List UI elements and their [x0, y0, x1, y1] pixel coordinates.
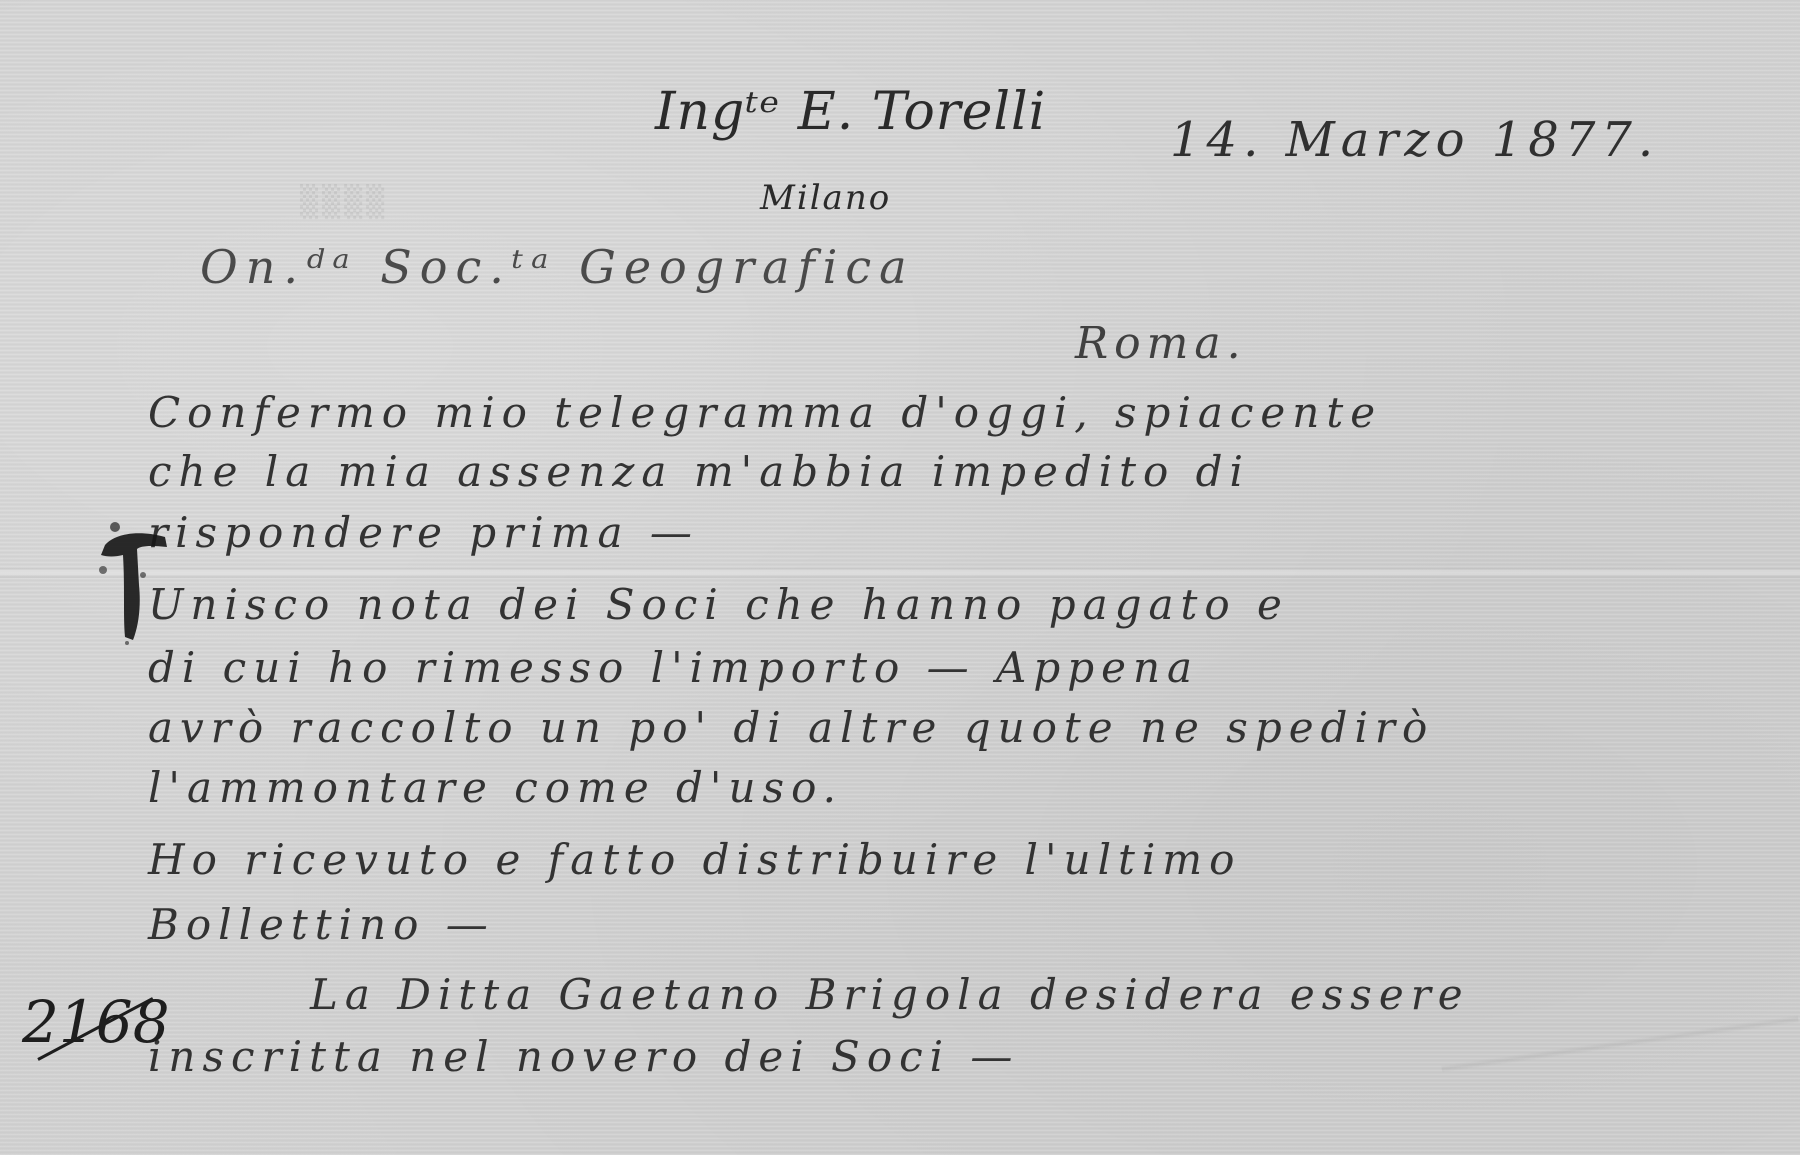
letter-page: ▒▒▒▒ Ingᵗᵉ E. Torelli Milano 14. Marzo 1… [0, 0, 1800, 1155]
body-line: Ho ricevuto e fatto distribuire l'ultimo [148, 835, 1241, 884]
faint-stamp-mark: ▒▒▒▒ [300, 185, 388, 220]
recipient-city: Roma. [1075, 318, 1247, 369]
recipient-salutation: On.ᵈᵃ Soc.ᵗᵃ Geografica [200, 240, 915, 294]
body-line: Bollettino — [148, 900, 495, 949]
letterhead-city: Milano [760, 178, 891, 218]
body-line: Unisco nota dei Soci che hanno pagato e [148, 580, 1289, 629]
body-line: avrò raccolto un po' di altre quote ne s… [148, 703, 1434, 752]
body-line: l'ammontare come d'uso. [148, 763, 843, 812]
body-line: La Ditta Gaetano Brigola desidera essere [310, 970, 1470, 1019]
letter-date: 14. Marzo 1877. [1170, 112, 1659, 168]
ink-blot-icon [95, 515, 175, 645]
paper-fold-crease [0, 568, 1800, 578]
paper-crease [1441, 1015, 1799, 1073]
body-line: Confermo mio telegramma d'oggi, spiacent… [148, 388, 1382, 437]
body-line: di cui ho rimesso l'importo — Appena [148, 643, 1199, 692]
body-line: rispondere prima — [148, 508, 699, 557]
body-line: che la mia assenza m'abbia impedito di [148, 447, 1250, 496]
letterhead-name: Ingᵗᵉ E. Torelli [655, 82, 1046, 142]
body-line: inscritta nel novero dei Soci — [148, 1032, 1019, 1081]
